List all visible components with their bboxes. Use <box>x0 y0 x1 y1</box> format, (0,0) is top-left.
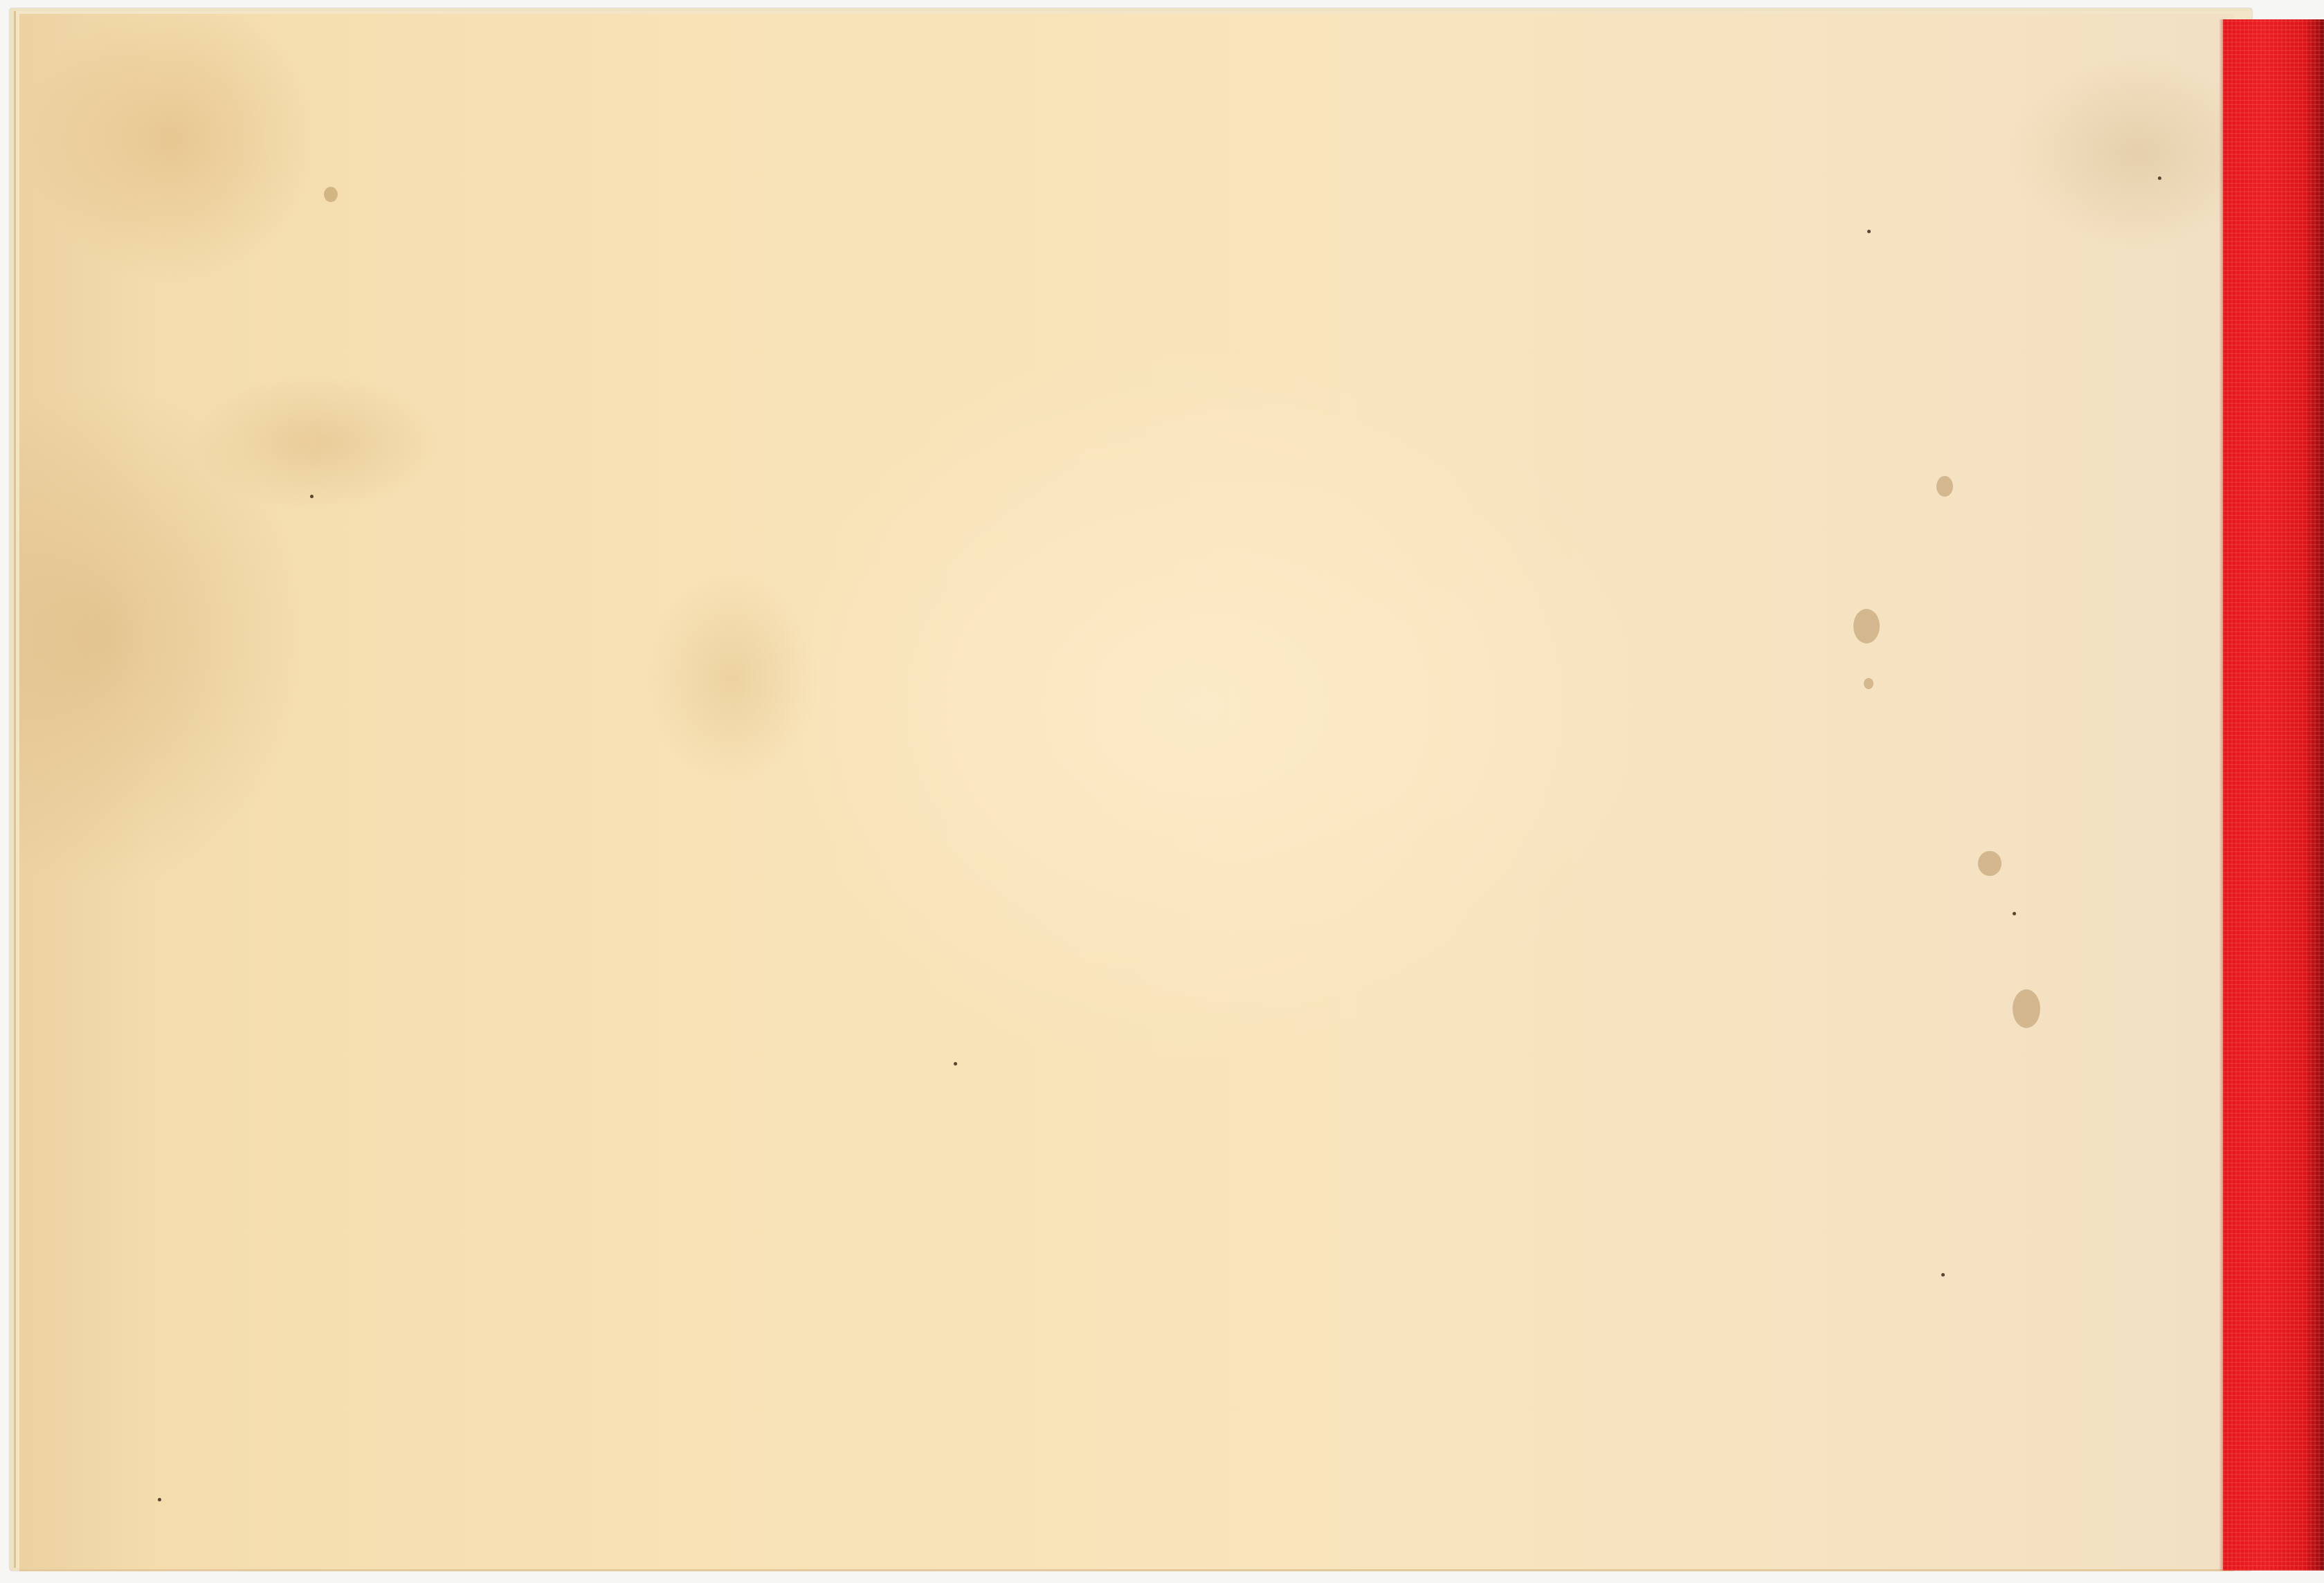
stain <box>1864 678 1873 689</box>
fleck <box>310 495 314 498</box>
scanned-book-cover <box>0 0 2324 1583</box>
stain <box>324 187 338 202</box>
red-cloth-spine <box>2223 19 2324 1571</box>
fleck <box>2158 176 2161 180</box>
fleck <box>1867 230 1871 233</box>
paper-cover <box>19 14 2234 1571</box>
stain <box>1853 609 1880 643</box>
fleck <box>1941 1273 1945 1277</box>
fleck <box>158 1498 161 1501</box>
stain <box>1978 851 2001 876</box>
stain <box>2013 989 2040 1028</box>
fleck <box>2013 912 2016 915</box>
fleck <box>954 1062 957 1065</box>
stain <box>1936 476 1953 497</box>
